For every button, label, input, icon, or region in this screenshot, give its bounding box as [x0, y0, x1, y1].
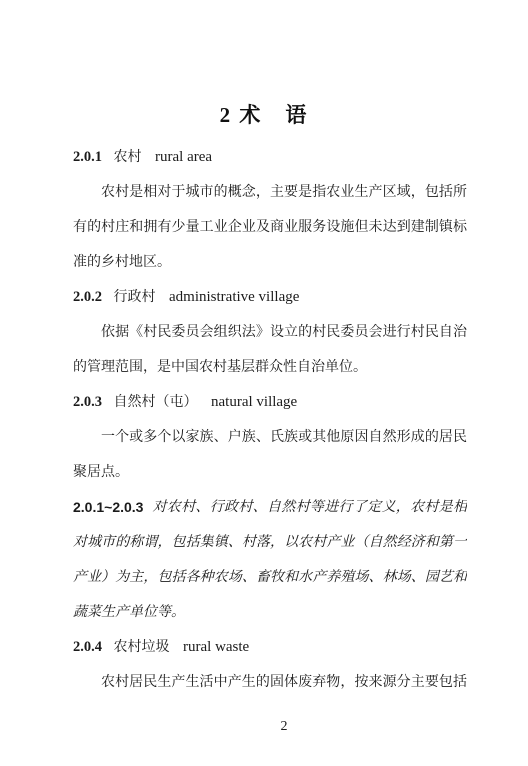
body-line: 一个或多个以家族、户族、氏族或其他原因自然形成的居民 — [73, 420, 467, 455]
term-number: 2.0.1 — [73, 149, 102, 165]
term-zh: 农村垃圾 — [114, 640, 170, 655]
body-line: 准的乡村地区。 — [73, 245, 467, 280]
term-number: 2.0.4 — [73, 639, 102, 655]
term-en: rural area — [155, 149, 212, 165]
note-label: 2.0.1~2.0.3 — [73, 490, 143, 525]
body-line: 有的村庄和拥有少量工业企业及商业服务设施但未达到建制镇标 — [73, 210, 467, 245]
document-page: 2 术 语 2.0.1 农村 rural area 农村是相对于城市的概念，主要… — [0, 0, 528, 766]
body-line: 聚居点。 — [73, 455, 467, 490]
term-zh: 农村 — [114, 150, 142, 165]
term-number: 2.0.3 — [73, 394, 102, 410]
term-heading-204: 2.0.4 农村垃圾 rural waste — [73, 630, 467, 665]
body-line: 的管理范围，是中国农村基层群众性自治单位。 — [73, 350, 467, 385]
note-heading-line: 2.0.1~2.0.3 对农村、行政村、自然村等进行了定义，农村是相 — [73, 490, 467, 525]
term-en: rural waste — [183, 639, 249, 655]
body-line: 农村居民生产生活中产生的固体废弃物，按来源分主要包括 — [73, 665, 467, 700]
note-line: 对城市的称谓，包括集镇、村落，以农村产业（自然经济和第一 — [73, 525, 467, 560]
page-title: 2 术 语 — [0, 0, 528, 129]
term-en: administrative village — [169, 289, 299, 305]
terminology-content: 2.0.1 农村 rural area 农村是相对于城市的概念，主要是指农业生产… — [73, 140, 467, 700]
term-heading-201: 2.0.1 农村 rural area — [73, 140, 467, 175]
body-line: 依据《村民委员会组织法》设立的村民委员会进行村民自治 — [73, 315, 467, 350]
note-line: 对农村、行政村、自然村等进行了定义，农村是相 — [152, 490, 467, 525]
term-en: natural village — [211, 394, 297, 410]
body-line: 农村是相对于城市的概念，主要是指农业生产区域，包括所 — [73, 175, 467, 210]
term-zh: 自然村（屯） — [114, 395, 198, 410]
term-heading-203: 2.0.3 自然村（屯） natural village — [73, 385, 467, 420]
term-number: 2.0.2 — [73, 289, 102, 305]
term-zh: 行政村 — [114, 290, 156, 305]
term-heading-202: 2.0.2 行政村 administrative village — [73, 280, 467, 315]
page-number: 2 — [20, 715, 528, 739]
note-line: 蔬菜生产单位等。 — [73, 595, 467, 630]
note-line: 产业）为主，包括各种农场、畜牧和水产养殖场、林场、园艺和 — [73, 560, 467, 595]
